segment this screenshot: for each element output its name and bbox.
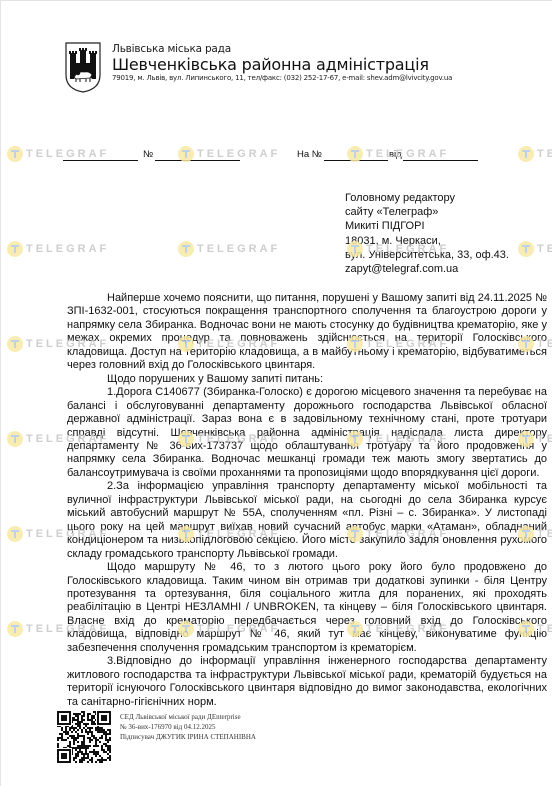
e-signature-stamp: СЕД Львівської міської ради ДЕnterprise … <box>120 712 256 742</box>
lviv-coat-of-arms-icon <box>64 41 102 93</box>
administration-name: Шевченківська районна адміністрація <box>112 55 429 74</box>
watermark-text: TELEGRAF <box>197 148 280 160</box>
addressee-line: сайту «Телеграф» <box>345 205 509 219</box>
telegraf-watermark: TELEGRAF <box>518 241 552 257</box>
telegraf-logo-icon <box>518 146 534 162</box>
reference-date-line <box>403 160 478 161</box>
stamp-line: № 36-вих-176970 від 04.12.2025 <box>120 722 256 732</box>
council-name: Львівська міська рада <box>112 43 231 55</box>
stamp-line: СЕД Львівської міської ради ДЕnterprise <box>120 712 256 722</box>
qr-code-icon <box>57 711 111 763</box>
watermark-text: TELEGRAF <box>537 243 552 255</box>
watermark-text: TELEGRAF <box>366 148 449 160</box>
telegraf-watermark: TELEGRAF <box>178 241 280 257</box>
page-top-edge <box>0 0 552 1</box>
watermark-text: TELEGRAF <box>26 148 109 160</box>
telegraf-logo-icon <box>7 336 23 352</box>
addressee-email: zapyt@telegraf.com.ua <box>345 262 509 276</box>
addressee-line: вул. Університетська, 33, оф.43. <box>345 248 509 262</box>
telegraf-logo-icon <box>7 146 23 162</box>
paragraph: Щодо маршруту № 46, то з лютого цього ро… <box>67 561 547 655</box>
stamp-line: Підписувач ДЖУГИК ІРИНА СТЕПАНІВНА <box>120 732 256 742</box>
number-label: № <box>143 149 153 160</box>
watermark-text: TELEGRAF <box>197 243 280 255</box>
watermark-text: TELEGRAF <box>537 148 552 160</box>
telegraf-watermark: TELEGRAF <box>7 241 109 257</box>
paragraph: 1.Дорога С140677 (Збиранка-Голоско) є до… <box>67 386 547 480</box>
telegraf-logo-icon <box>7 431 23 447</box>
date-field-line <box>63 160 138 161</box>
telegraf-logo-icon <box>178 241 194 257</box>
paragraph: Щодо порушених у Вашому запиті питань: <box>67 373 547 386</box>
reference-date-label: від <box>389 149 402 160</box>
addressee-line: Головному редактору <box>345 191 509 205</box>
telegraf-logo-icon <box>518 241 534 257</box>
letter-body: Найперше хочемо пояснити, що питання, по… <box>67 292 547 709</box>
paragraph: 3.Відповідно до інформації управління ін… <box>67 655 547 709</box>
telegraf-watermark: TELEGRAF <box>518 146 552 162</box>
watermark-text: TELEGRAF <box>26 243 109 255</box>
addressee-block: Головному редактору сайту «Телеграф» Мик… <box>345 191 509 276</box>
administration-address: 79019, м. Львів, вул. Липинського, 11, т… <box>112 74 452 82</box>
addressee-line: Микиті ПІДГОРІ <box>345 219 509 233</box>
telegraf-logo-icon <box>7 241 23 257</box>
reference-label: На № <box>297 149 322 160</box>
reference-number-line <box>324 160 388 161</box>
number-field-line <box>155 160 240 161</box>
paragraph: 2.За інформацією управління транспорту д… <box>67 480 547 561</box>
paragraph: Найперше хочемо пояснити, що питання, по… <box>67 292 547 373</box>
telegraf-logo-icon <box>7 526 23 542</box>
page-left-edge <box>0 0 1 786</box>
telegraf-logo-icon <box>7 621 23 637</box>
addressee-line: 18031, м. Черкаси, <box>345 234 509 248</box>
